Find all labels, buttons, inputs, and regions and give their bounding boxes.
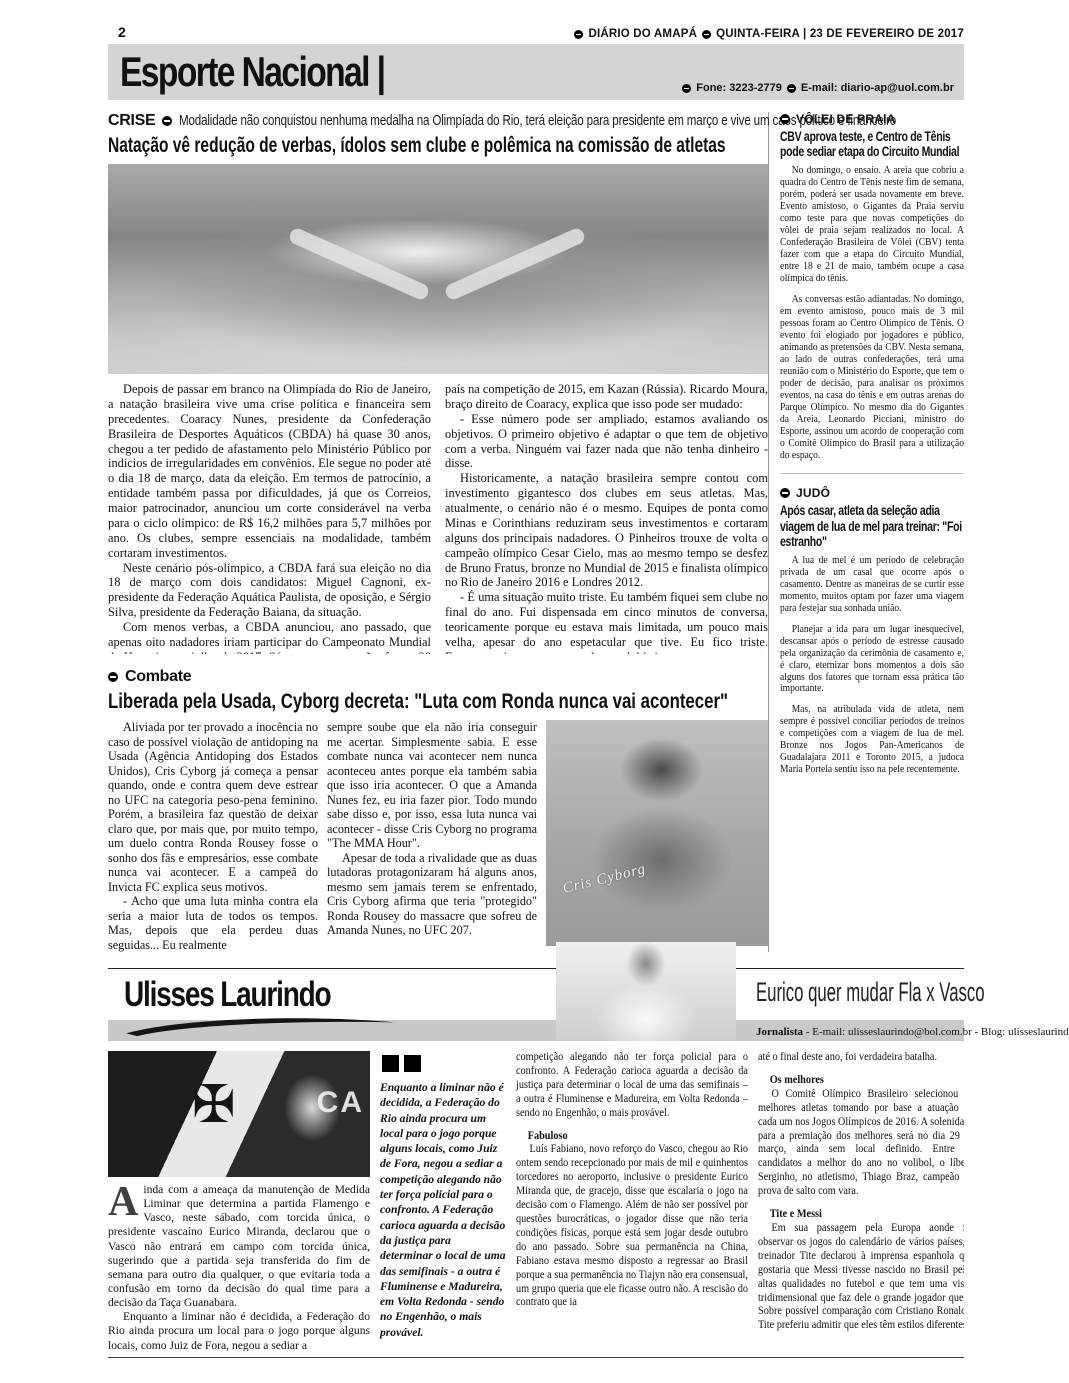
paragraph: Em sua passagem pela Europa aonde foi ob… [758, 1222, 964, 1333]
paragraph: - Esse número pode ser ampliado, estamos… [445, 412, 768, 472]
paragraph: A lua de mel é um período de celebração … [780, 555, 964, 615]
section-title: Esporte Nacional | [120, 44, 451, 100]
paragraph: competição alegando não ter força polici… [516, 1051, 748, 1121]
newspaper-page: 2 DIÁRIO DO AMAPÁ QUINTA-FEIRA | 23 DE F… [0, 0, 1069, 1383]
pull-quote-text: Enquanto a liminar não é decidida, a Fed… [380, 1080, 506, 1340]
columnist-section: Ulisses Laurindo Eurico quer mudar Fla x… [108, 968, 964, 1358]
combate-headline: Liberada pela Usada, Cyborg decreta: "Lu… [108, 690, 768, 714]
section-masthead: Esporte Nacional | Fone: 3223-2779 E-mai… [108, 44, 964, 100]
columnist-col2: competição alegando não ter força polici… [516, 1051, 748, 1351]
paragraph: Planejar a ida para um lugar inesquecíve… [780, 624, 964, 696]
paragraph: Enquanto a liminar não é decidida, a Fed… [108, 1310, 370, 1351]
email-icon [787, 84, 796, 93]
tattoo-text: Cris Cyborg [561, 861, 648, 898]
paragraph: No domingo, o ensaio. A areia que cobriu… [780, 165, 964, 285]
photo-background-text: CA [317, 1085, 364, 1122]
paragraph: Historicamente, a natação brasileira sem… [445, 471, 768, 590]
kicker-crise: CRISE Modalidade não conquistou nenhuma … [108, 112, 768, 130]
globe-icon [574, 30, 583, 39]
main-column: CRISE Modalidade não conquistou nenhuma … [108, 112, 768, 952]
kicker-label: CRISE [108, 112, 155, 130]
page-header: 2 DIÁRIO DO AMAPÁ QUINTA-FEIRA | 23 DE F… [108, 24, 964, 40]
journalist-photo [556, 942, 736, 1041]
vasco-photo: ✠ CA [108, 1051, 370, 1177]
globe-icon [162, 116, 172, 126]
paragraph: sempre soube que ela não iria conseguir … [327, 720, 537, 851]
columnist-byline: Jornalista - E-mail: ulisseslaurindo@bol… [756, 1026, 1069, 1038]
kicker-label: JUDÔ [796, 486, 830, 500]
kicker-label: Combate [125, 668, 191, 686]
paragraph: As conversas estão adiantadas. No doming… [780, 294, 964, 462]
section-combate: Combate Liberada pela Usada, Cyborg decr… [108, 668, 768, 952]
globe-icon [780, 114, 790, 124]
paragraph: Com menos verbas, a CBDA anunciou, ano p… [108, 620, 431, 654]
subhead: Fabuloso [516, 1130, 748, 1144]
paragraph: Mas, na atribulada vida de atleta, nem s… [780, 704, 964, 776]
columnist-col1: ✠ CA Ainda com a ameaça da manutenção de… [108, 1051, 370, 1351]
kicker-judo: JUDÔ [780, 486, 964, 500]
paragraph: país na competição de 2015, em Kazan (Rú… [445, 382, 768, 412]
paragraph: - É uma situação muito triste. Eu também… [445, 590, 768, 654]
dateline: DIÁRIO DO AMAPÁ QUINTA-FEIRA | 23 DE FEV… [574, 28, 964, 40]
phone-icon [682, 84, 691, 93]
volei-headline: CBV aprova teste, e Centro de Tênis pode… [780, 129, 964, 159]
columnist-headline: Eurico quer mudar Fla x Vasco [756, 977, 1069, 1008]
columnist-col3: até o final deste ano, foi verdadeira ba… [758, 1051, 964, 1351]
divider [780, 473, 964, 474]
contact-email: E-mail: diario-ap@uol.com.br [801, 82, 954, 94]
page-number: 2 [108, 24, 126, 40]
volei-body: No domingo, o ensaio. A areia que cobriu… [780, 165, 964, 461]
globe-icon [108, 672, 118, 682]
sidebar: VÔLEI DE PRAIA CBV aprova teste, e Centr… [768, 112, 964, 952]
main-headline: Natação vê redução de verbas, ídolos sem… [108, 134, 768, 158]
paragraph: O Comitê Olímpico Brasileiro selecionou … [758, 1088, 964, 1199]
contact-phone: Fone: 3223-2779 [696, 82, 782, 94]
article-column: Aliviada por ter provado a inocência no … [108, 720, 318, 952]
paragraph: - Acho que uma luta minha contra ela ser… [108, 894, 318, 952]
judo-headline: Após casar, atleta da seleção adia viage… [780, 503, 964, 548]
vasco-cross-icon: ✠ [192, 1079, 236, 1131]
crise-article: Depois de passar em branco na Olimpíada … [108, 382, 768, 654]
sidebar-section-judo: JUDÔ Após casar, atleta da seleção adia … [780, 486, 964, 776]
pull-quote: Enquanto a liminar não é decidida, a Fed… [380, 1051, 506, 1351]
swimmer-photo [108, 164, 768, 374]
article-column: sempre soube que ela não iria conseguir … [327, 720, 537, 952]
judo-body: A lua de mel é um período de celebração … [780, 555, 964, 776]
byline-contact: - E-mail: ulisseslaurindo@bol.com.br - B… [803, 1026, 1069, 1038]
cris-cyborg-photo: Cris Cyborg [546, 720, 768, 946]
columnist-body: ✠ CA Ainda com a ameaça da manutenção de… [108, 1051, 964, 1351]
swoosh-underline [110, 1015, 410, 1037]
subhead: Tite e Messi [758, 1208, 964, 1222]
columnist-name: Ulisses Laurindo [124, 975, 382, 1015]
paragraph: Apesar de toda a rivalidade que as duas … [327, 851, 537, 938]
quote-icon [382, 1055, 506, 1072]
article-column: Depois de passar em branco na Olimpíada … [108, 382, 431, 654]
paragraph: Depois de passar em branco na Olimpíada … [108, 382, 431, 561]
newspaper-name: DIÁRIO DO AMAPÁ [588, 28, 697, 40]
paragraph: Ainda com a ameaça da manutenção de Medi… [108, 1183, 370, 1310]
paragraph: até o final deste ano, foi verdadeira ba… [758, 1051, 964, 1065]
photo-detail [287, 226, 431, 302]
photo-detail [443, 226, 587, 302]
kicker-combate: Combate [108, 668, 768, 686]
subhead: Os melhores [758, 1074, 964, 1088]
paragraph: Aliviada por ter provado a inocência no … [108, 720, 318, 894]
globe-icon [780, 488, 790, 498]
article-column: país na competição de 2015, em Kazan (Rú… [445, 382, 768, 654]
columnist-header: Ulisses Laurindo Eurico quer mudar Fla x… [108, 969, 964, 1041]
paragraph: Luís Fabiano, novo reforço do Vasco, che… [516, 1143, 748, 1310]
sidebar-section-volei: VÔLEI DE PRAIA CBV aprova teste, e Centr… [780, 112, 964, 461]
paragraph: Neste cenário pós-olímpico, a CBDA fará … [108, 561, 431, 621]
masthead-contact: Fone: 3223-2779 E-mail: diario-ap@uol.co… [682, 82, 954, 100]
globe-icon [702, 30, 711, 39]
edition-date: QUINTA-FEIRA | 23 DE FEVEREIRO DE 2017 [716, 28, 964, 40]
byline-role: Jornalista [756, 1026, 803, 1038]
